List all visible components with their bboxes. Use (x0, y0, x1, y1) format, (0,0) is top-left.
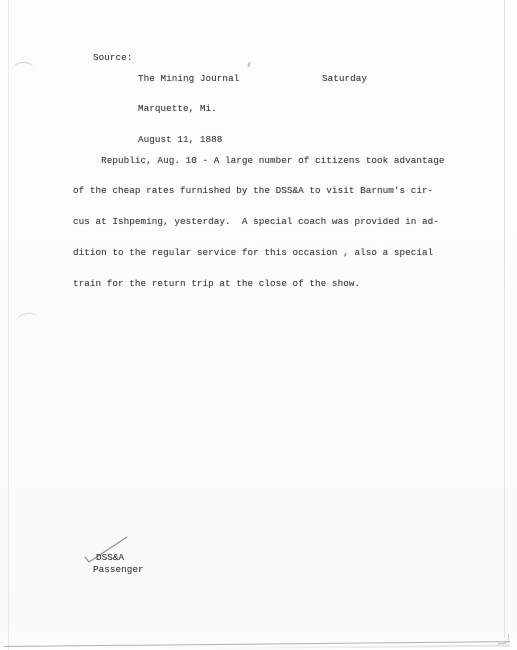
annotation-category-label: Passenger (93, 565, 144, 575)
article-line: of the cheap rates furnished by the DSS&… (73, 186, 445, 196)
article-line: Republic, Aug. 10 - A large number of ci… (73, 156, 445, 166)
publication-location: Marquette, Mi. (138, 104, 239, 114)
page-right-edge (504, 0, 505, 638)
publication-name: The Mining Journal (138, 74, 239, 84)
punch-hole-arc-middle (14, 311, 39, 332)
stray-ink-speck (247, 62, 250, 67)
source-label: Source: (93, 53, 132, 63)
article-line: dition to the regular service for this o… (73, 248, 445, 258)
annotation-railroad-label: DSS&A (96, 553, 124, 563)
article-line: cus at Ishpeming, yesterday. A special c… (73, 217, 445, 227)
scanned-document-page: Source: The Mining Journal Marquette, Mi… (0, 0, 517, 650)
article-line: train for the return trip at the close o… (73, 279, 445, 289)
page-left-edge (8, 0, 9, 650)
punch-hole-arc-top (11, 61, 34, 79)
article-text: Republic, Aug. 10 - A large number of ci… (73, 135, 445, 310)
weekday-label: Saturday (322, 74, 367, 84)
